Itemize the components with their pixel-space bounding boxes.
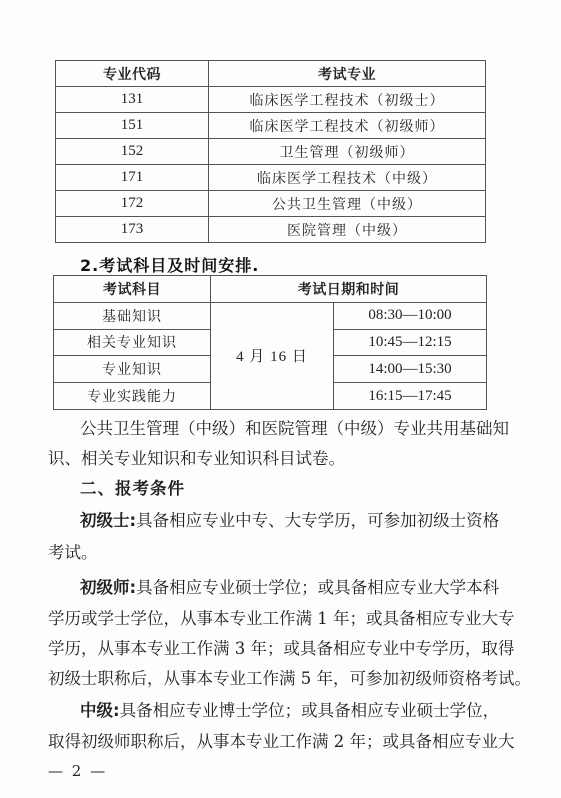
junior-shi-paragraph-line: 初级士:具备相应专业中专、大专学历，可参加初级士资格 [80,510,492,532]
junior-shi2-paragraph-line: 学历，从事本专业工作满 3 年；或具备相应专业中专学历，取得 [48,638,492,660]
major-code: 151 [56,113,209,139]
header-exam-major: 考试专业 [209,61,486,87]
junior-shi-label: 初级士: [80,511,136,530]
junior-shi-paragraph-line: 考试。 [48,542,492,564]
junior-shi2-text: 具备相应专业硕士学位；或具备相应专业大学本科 [136,578,499,597]
major-name: 临床医学工程技术（初级士） [209,87,486,113]
header-exam-datetime: 考试日期和时间 [211,276,487,303]
junior-shi2-paragraph-line: 初级士职称后，从事本专业工作满 5 年，可参加初级师资格考试。 [48,668,492,690]
table-row: 基础知识 4 月 16 日 08:30—10:00 [54,302,487,329]
major-name: 临床医学工程技术（初级师） [209,113,486,139]
intermediate-paragraph-line: 取得初级师职称后，从事本专业工作满 2 年；或具备相应专业大 [48,731,492,753]
major-name: 临床医学工程技术（中级） [209,165,486,191]
table-row: 173 医院管理（中级） [56,217,486,243]
note-paragraph-line: 识、相关专业知识和专业知识科目试卷。 [48,448,492,470]
exam-time: 08:30—10:00 [334,302,487,329]
exam-time: 14:00—15:30 [334,356,487,383]
major-name: 医院管理（中级） [209,217,486,243]
junior-shi2-paragraph-line: 学历或学士学位，从事本专业工作满 1 年；或具备相应专业大专 [48,608,492,630]
major-code-table: 专业代码 考试专业 131 临床医学工程技术（初级士） 151 临床医学工程技术… [55,60,486,243]
major-code: 173 [56,217,209,243]
major-code: 152 [56,139,209,165]
exam-subject: 相关专业知识 [54,329,211,356]
intermediate-paragraph-line: 中级:具备相应专业博士学位；或具备相应专业硕士学位， [80,700,492,722]
table-row: 131 临床医学工程技术（初级士） [56,87,486,113]
table-row: 151 临床医学工程技术（初级师） [56,113,486,139]
junior-shi2-label: 初级师: [80,578,136,597]
major-name: 卫生管理（初级师） [209,139,486,165]
intermediate-label: 中级: [80,701,120,720]
table-header-row: 考试科目 考试日期和时间 [54,276,487,303]
intermediate-text: 具备相应专业博士学位；或具备相应专业硕士学位， [120,701,500,720]
section-heading-exam-schedule: 2.考试科目及时间安排. [80,253,259,276]
exam-time: 16:15—17:45 [334,383,487,410]
table-row: 172 公共卫生管理（中级） [56,191,486,217]
exam-schedule-table: 考试科目 考试日期和时间 基础知识 4 月 16 日 08:30—10:00 相… [53,275,487,410]
exam-subject: 专业知识 [54,356,211,383]
note-paragraph-line: 公共卫生管理（中级）和医院管理（中级）专业共用基础知 [80,418,492,440]
table-row: 171 临床医学工程技术（中级） [56,165,486,191]
table-row: 152 卫生管理（初级师） [56,139,486,165]
page-number: — 2 — [48,762,107,780]
exam-subject: 基础知识 [54,302,211,329]
junior-shi2-paragraph-line: 初级师:具备相应专业硕士学位；或具备相应专业大学本科 [80,577,492,599]
exam-time: 10:45—12:15 [334,329,487,356]
major-code: 131 [56,87,209,113]
exam-subject: 专业实践能力 [54,383,211,410]
junior-shi-text: 具备相应专业中专、大专学历，可参加初级士资格 [136,511,499,530]
header-major-code: 专业代码 [56,61,209,87]
major-name: 公共卫生管理（中级） [209,191,486,217]
major-code: 172 [56,191,209,217]
major-code: 171 [56,165,209,191]
table-header-row: 专业代码 考试专业 [56,61,486,87]
header-exam-subject: 考试科目 [54,276,211,303]
document-page: 专业代码 考试专业 131 临床医学工程技术（初级士） 151 临床医学工程技术… [0,0,561,798]
exam-date: 4 月 16 日 [211,302,334,409]
section-heading-eligibility: 二、报考条件 [80,478,492,500]
